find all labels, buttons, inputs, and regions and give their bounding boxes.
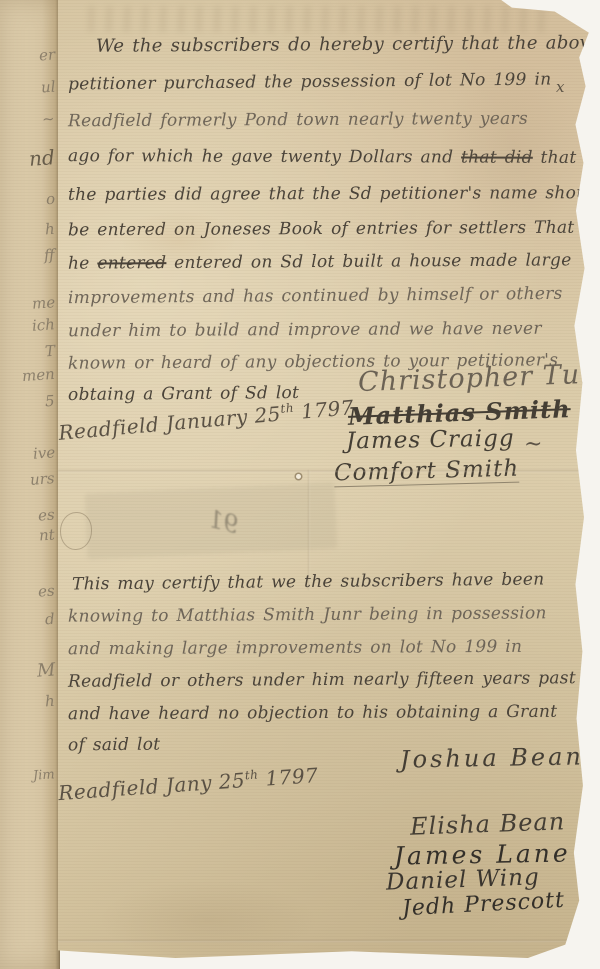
manuscript-line: ago for which he gave twenty Dollars and…	[68, 146, 577, 168]
manuscript-line: obtaing a Grant of Sd lot	[68, 383, 299, 405]
handwriting-fragment: o	[45, 190, 55, 209]
handwriting-fragment: Jim	[33, 767, 56, 783]
manuscript-line: petitioner purchased the possession of l…	[68, 69, 552, 94]
handwriting-fragment: es	[38, 581, 56, 600]
handwriting-fragment: ff	[44, 246, 56, 265]
flourish-mark: ~	[524, 432, 542, 457]
handwriting-fragment: T	[44, 342, 55, 361]
dateline-text: Readfield January 25	[58, 402, 282, 445]
signature-james-craigg: James Craigg	[346, 426, 515, 455]
struck-text: entered	[97, 253, 166, 273]
manuscript-line: improvements and has continued by himsel…	[68, 284, 563, 308]
adjacent-page-edge: erul~ndohffmeichTmen5iveursesntesdMhJim	[0, 0, 60, 969]
manuscript-line: This may certify that we the subscribers…	[72, 570, 545, 595]
handwriting-fragment: men	[22, 365, 56, 385]
line-text: entered on Sd lot built a house made lar…	[166, 250, 571, 273]
handwriting-fragment: ~	[42, 110, 56, 129]
manuscript-line: We the subscribers do hereby certify tha…	[96, 32, 600, 57]
handwriting-fragment: ive	[32, 443, 55, 463]
line-text: that	[533, 148, 577, 168]
manuscript-line: and making large improvements on lot No …	[68, 637, 522, 659]
handwriting-fragment: nd	[29, 145, 56, 171]
stain	[98, 880, 318, 960]
line-text: he	[68, 254, 97, 274]
handwriting-fragment: nt	[39, 525, 56, 544]
margin-x-mark: x	[556, 78, 564, 96]
date-ordinal: th	[244, 767, 259, 782]
handwriting-fragment: urs	[30, 469, 56, 489]
signature-elisha-bean: Elisha Bean	[410, 807, 566, 840]
signature-matthias-smith: Matthias Smith	[348, 394, 572, 431]
handwriting-fragment: h	[45, 692, 56, 711]
handwriting-fragment: ul	[40, 78, 56, 97]
handwriting-fragment: me	[31, 293, 55, 313]
manuscript-page: We the subscribers do hereby certify tha…	[58, 0, 592, 958]
handwriting-fragment: er	[38, 45, 55, 64]
dateline-text: Readfield Jany 25	[57, 768, 245, 805]
dateline-year: 1797	[293, 395, 355, 424]
manuscript-line: knowing to Matthias Smith Junr being in …	[68, 603, 547, 626]
manuscript-line: he entered entered on Sd lot built a hou…	[68, 250, 572, 274]
manuscript-line: the parties did agree that the Sd petiti…	[68, 183, 600, 205]
manuscript-line: be entered on Joneses Book of entries fo…	[68, 218, 575, 241]
manuscript-line: and have heard no objection to his obtai…	[68, 702, 557, 725]
signature-joshua-bean: Joshua Bean	[400, 742, 584, 773]
struck-text: that did	[461, 147, 533, 167]
handwriting-fragment: d	[45, 610, 56, 629]
fold-crease	[58, 940, 592, 942]
pin-hole	[296, 474, 301, 479]
handwriting-fragment: h	[45, 220, 56, 239]
manuscript-line: under him to build and improve and we ha…	[68, 319, 542, 341]
manuscript-line: Readfield or others under him nearly fif…	[68, 668, 576, 692]
manuscript-line: Readfield formerly Pond town nearly twen…	[68, 109, 528, 131]
handwriting-fragment: 5	[45, 392, 56, 411]
handwriting-fragment: es	[38, 505, 56, 524]
handwriting-fragment: M	[36, 659, 56, 681]
dateline-year: 1797	[258, 763, 319, 791]
dateline-certificate2: Readfield Jany 25th 1797	[57, 763, 319, 805]
ring-mark	[60, 512, 92, 550]
document-scan: { "certificate1": { "line1": "We the sub…	[0, 0, 600, 969]
date-ordinal: th	[280, 401, 295, 416]
handwriting-fragment: ich	[32, 315, 56, 335]
manuscript-line: of said lot	[68, 735, 160, 756]
line-text: ago for which he gave twenty Dollars and	[68, 146, 461, 167]
fold-crease	[58, 470, 592, 472]
